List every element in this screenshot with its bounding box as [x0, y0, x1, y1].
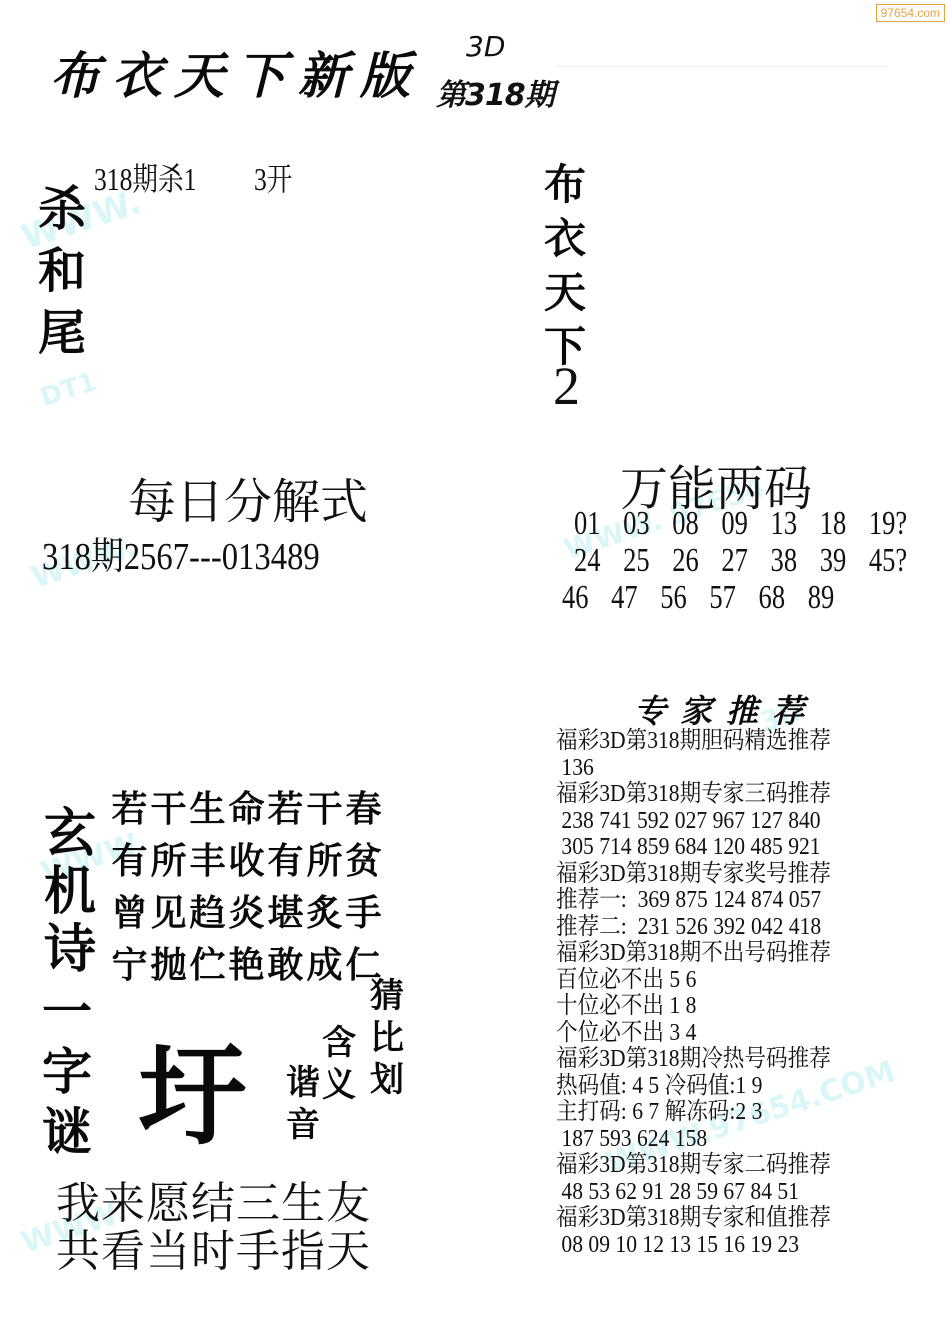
- poem-char: 干: [305, 781, 344, 832]
- poem-char: 有: [266, 833, 305, 884]
- riddle-hint-meaning: 含 义: [322, 1022, 356, 1106]
- poem-char: 艳: [227, 937, 266, 988]
- expert-values: 百位必不出 5 6: [556, 967, 831, 994]
- kill-sum-tail-label: 杀 和 尾: [38, 178, 86, 364]
- verse-line: 共看当时手指天: [56, 1228, 371, 1276]
- code: 56: [660, 579, 709, 617]
- label-char: 天: [544, 266, 586, 320]
- code: 03: [623, 505, 672, 543]
- label-char: 一: [42, 982, 92, 1042]
- label-char: 杀: [38, 178, 86, 240]
- code: 46: [562, 579, 611, 617]
- poem-row: 宁抛伫艳敢成仁: [110, 936, 383, 988]
- riddle-character: 圩: [138, 1010, 246, 1165]
- poem-char: 曾: [110, 885, 149, 936]
- open-value: 3开: [254, 161, 292, 197]
- wanneng-grid: 01 03 08 09 13 18 19? 24 25 26 27 38 39 …: [562, 505, 947, 616]
- code: 38: [771, 542, 820, 580]
- hint-char: 含: [322, 1022, 356, 1064]
- verse-line: 我来愿结三生友: [56, 1180, 371, 1228]
- hint-char: 比: [370, 1017, 404, 1059]
- riddle-hint-homophone: 谐 音: [286, 1062, 320, 1146]
- label-char: 字: [42, 1042, 92, 1102]
- riddle-hint-guess-strokes: 猜 比 划: [370, 975, 404, 1101]
- kill-sum-tail-line: 318期杀13开: [94, 154, 292, 200]
- expert-values: 305 714 859 684 120 485 921: [556, 834, 831, 861]
- expert-heading: 福彩3D第318期专家和值推荐: [556, 1205, 831, 1232]
- code: 39: [820, 542, 869, 580]
- label-char: 衣: [544, 212, 586, 266]
- wanneng-row: 24 25 26 27 38 39 45?: [574, 542, 918, 579]
- poem-char: 命: [227, 781, 266, 832]
- code: 18: [820, 505, 869, 543]
- expert-values: 推荐一: 369 875 124 874 057: [556, 887, 831, 914]
- poem-char: 见: [149, 885, 188, 936]
- poem-char: 干: [149, 781, 188, 832]
- code: 68: [759, 579, 808, 617]
- expert-heading: 福彩3D第318期专家奖号推荐: [556, 861, 831, 888]
- code: 47: [611, 579, 660, 617]
- code: 24: [574, 542, 623, 580]
- hint-char: 划: [370, 1059, 404, 1101]
- hint-char: 义: [322, 1064, 356, 1106]
- poem-char: 炙: [305, 885, 344, 936]
- riddle-label: 一 字 谜: [42, 982, 92, 1162]
- expert-heading: 福彩3D第318期胆码精选推荐: [556, 728, 831, 755]
- expert-values: 08 09 10 12 13 15 16 19 23: [556, 1232, 831, 1259]
- expert-heading: 福彩3D第318期专家二码推荐: [556, 1152, 831, 1179]
- expert-values: 个位必不出 3 4: [556, 1020, 831, 1047]
- code: 09: [721, 505, 770, 543]
- poem-char: 所: [305, 833, 344, 884]
- kill-value: 318期杀1: [94, 161, 196, 197]
- label-char: 诗: [44, 921, 96, 979]
- expert-heading: 福彩3D第318期不出号码推荐: [556, 940, 831, 967]
- poem-char: 若: [110, 781, 149, 832]
- poem-row: 有所丰收有所贫: [110, 832, 383, 884]
- wanneng-row: 46 47 56 57 68 89: [562, 579, 915, 616]
- poem-char: 所: [149, 833, 188, 884]
- poem-char: 贫: [344, 833, 383, 884]
- poem-label: 玄 机 诗: [44, 805, 96, 979]
- poem-char: 丰: [188, 833, 227, 884]
- hint-char: 谐: [286, 1062, 320, 1104]
- game-label: 3D: [466, 30, 505, 63]
- closing-verse: 我来愿结三生友 共看当时手指天: [56, 1180, 371, 1276]
- label-char: 谜: [42, 1102, 92, 1162]
- code: 45?: [869, 542, 918, 580]
- poem-char: 成: [305, 937, 344, 988]
- buyi-label: 布 衣 天 下: [544, 158, 586, 374]
- expert-values: 48 53 62 91 28 59 67 84 51: [556, 1179, 831, 1206]
- code: 19?: [869, 505, 918, 543]
- expert-heading: 福彩3D第318期冷热号码推荐: [556, 1046, 831, 1073]
- poem-char: 趋: [188, 885, 227, 936]
- site-badge[interactable]: 97654.com: [876, 4, 945, 22]
- code: 13: [771, 505, 820, 543]
- poem-char: 宁: [110, 937, 149, 988]
- daily-formula: 318期2567---013489: [42, 525, 320, 580]
- poem-char: 炎: [227, 885, 266, 936]
- expert-heading: 福彩3D第318期专家三码推荐: [556, 781, 831, 808]
- code: 25: [623, 542, 672, 580]
- expert-values: 主打码: 6 7 解冻码:2 3: [556, 1099, 831, 1126]
- poem-grid: 若干生命若干春 有所丰收有所贫 曾见趋炎堪炙手 宁抛伫艳敢成仁: [110, 780, 383, 988]
- code: 57: [709, 579, 758, 617]
- label-char: 玄: [44, 805, 96, 863]
- wanneng-row: 01 03 08 09 13 18 19?: [574, 505, 918, 542]
- hint-char: 猜: [370, 975, 404, 1017]
- expert-title: 专家推荐: [634, 686, 818, 732]
- buyi-number: 2: [553, 355, 580, 417]
- poem-char: 收: [227, 833, 266, 884]
- poem-char: 伫: [188, 937, 227, 988]
- poem-char: 若: [266, 781, 305, 832]
- expert-values: 187 593 624 158: [556, 1126, 831, 1153]
- daily-title: 每日分解式: [128, 463, 368, 532]
- label-char: 机: [44, 863, 96, 921]
- poem-char: 春: [344, 781, 383, 832]
- label-char: 尾: [38, 302, 86, 364]
- code: 08: [672, 505, 721, 543]
- watermark: DT1: [37, 367, 101, 413]
- divider: [555, 66, 888, 67]
- label-char: 和: [38, 240, 86, 302]
- expert-values: 136: [556, 755, 831, 782]
- expert-values: 热码值: 4 5 冷码值:1 9: [556, 1073, 831, 1100]
- expert-values: 十位必不出 1 8: [556, 993, 831, 1020]
- poem-char: 生: [188, 781, 227, 832]
- page-title: 布衣天下新版: [50, 36, 422, 108]
- poem-row: 若干生命若干春: [110, 780, 383, 832]
- code: 27: [721, 542, 770, 580]
- poem-char: 抛: [149, 937, 188, 988]
- code: 01: [574, 505, 623, 543]
- code: 89: [808, 579, 857, 617]
- poem-row: 曾见趋炎堪炙手: [110, 884, 383, 936]
- poem-char: 手: [344, 885, 383, 936]
- expert-values: 238 741 592 027 967 127 840: [556, 808, 831, 835]
- expert-values: 推荐二: 231 526 392 042 418: [556, 914, 831, 941]
- label-char: 布: [544, 158, 586, 212]
- code: 26: [672, 542, 721, 580]
- poem-char: 有: [110, 833, 149, 884]
- expert-list: 福彩3D第318期胆码精选推荐 136 福彩3D第318期专家三码推荐 238 …: [556, 728, 861, 1258]
- hint-char: 音: [286, 1104, 320, 1146]
- poem-char: 堪: [266, 885, 305, 936]
- issue-number: 第318期: [436, 70, 554, 114]
- poem-char: 敢: [266, 937, 305, 988]
